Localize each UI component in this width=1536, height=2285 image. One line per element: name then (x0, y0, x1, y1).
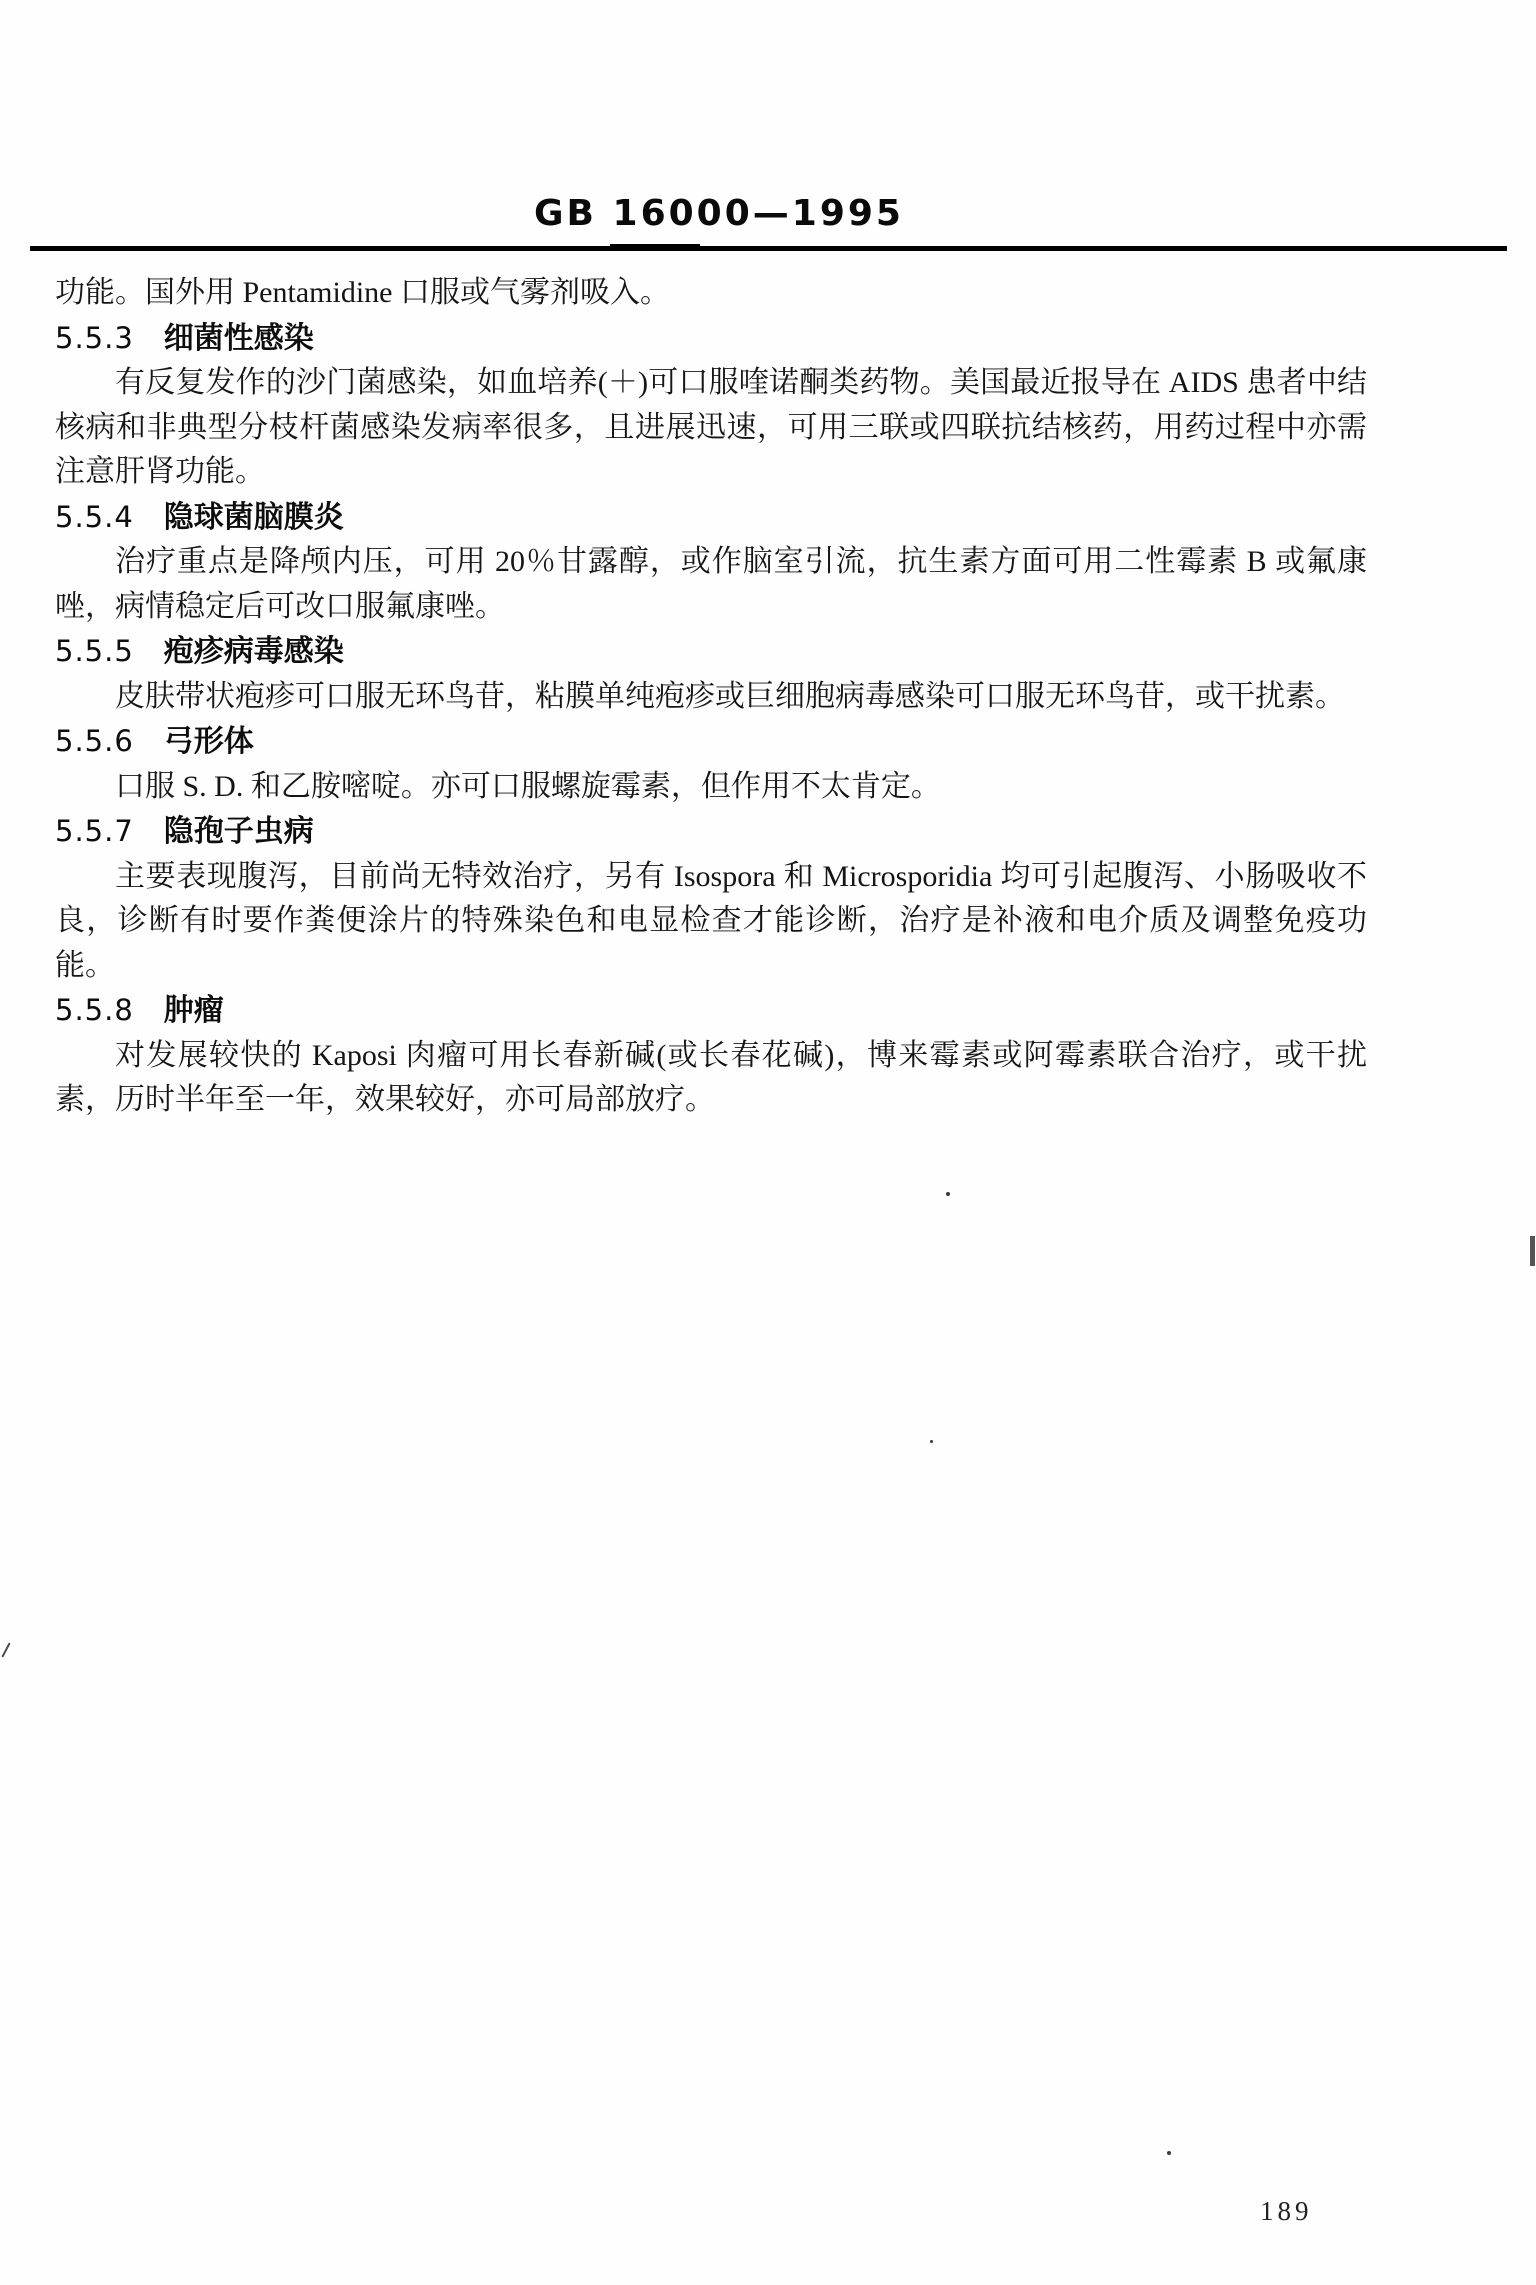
section-heading-5-5-3: 5.5.3 细菌性感染 (55, 316, 1367, 362)
section-heading-5-5-5: 5.5.5 疱疹病毒感染 (55, 629, 1367, 675)
section-title: 隐球菌脑膜炎 (164, 496, 344, 541)
section-title: 疱疹病毒感染 (164, 630, 344, 675)
section-title: 肿瘤 (164, 989, 224, 1034)
document-page: GB 16000—1995 功能。国外用 Pentamidine 口服或气雾剂吸… (0, 0, 1536, 2285)
standard-number-title: GB 16000—1995 (534, 193, 904, 234)
section-number: 5.5.4 (55, 495, 134, 540)
continuation-paragraph: 功能。国外用 Pentamidine 口服或气雾剂吸入。 (55, 271, 1367, 316)
section-heading-5-5-7: 5.5.7 隐孢子虫病 (55, 809, 1367, 855)
section-heading-5-5-6: 5.5.6 弓形体 (55, 719, 1367, 765)
section-number: 5.5.5 (55, 629, 134, 674)
scan-speck (946, 1192, 950, 1196)
section-heading-5-5-8: 5.5.8 肿瘤 (55, 988, 1367, 1034)
section-title: 隐孢子虫病 (164, 810, 314, 855)
page-number: 189 (1260, 2196, 1313, 2227)
scan-speck (930, 1440, 933, 1443)
scan-margin-mark (1, 1642, 10, 1657)
scan-edge-mark (1530, 1236, 1535, 1266)
section-number: 5.5.3 (55, 316, 134, 361)
section-title: 弓形体 (164, 720, 254, 765)
section-body-5-5-4: 治疗重点是降颅内压，可用 20％甘露醇，或作脑室引流，抗生素方面可用二性霉素 B… (55, 540, 1367, 629)
section-heading-5-5-4: 5.5.4 隐球菌脑膜炎 (55, 495, 1367, 541)
section-body-5-5-3: 有反复发作的沙门菌感染，如血培养(＋)可口服喹诺酮类药物。美国最近报导在 AID… (55, 361, 1367, 495)
section-body-5-5-8: 对发展较快的 Kaposi 肉瘤可用长春新碱(或长春花碱)，博来霉素或阿霉素联合… (55, 1034, 1367, 1123)
section-title: 细菌性感染 (164, 317, 314, 362)
scan-speck (1167, 2151, 1171, 2155)
section-body-5-5-5: 皮肤带状疱疹可口服无环鸟苷，粘膜单纯疱疹或巨细胞病毒感染可口服无环鸟苷，或干扰素… (55, 675, 1367, 720)
section-number: 5.5.7 (55, 809, 134, 854)
section-body-5-5-6: 口服 S. D. 和乙胺嘧啶。亦可口服螺旋霉素，但作用不太肯定。 (55, 765, 1367, 810)
section-body-5-5-7: 主要表现腹泻，目前尚无特效治疗，另有 Isospora 和 Microspori… (55, 855, 1367, 989)
section-number: 5.5.8 (55, 988, 134, 1033)
section-number: 5.5.6 (55, 719, 134, 764)
document-body: 功能。国外用 Pentamidine 口服或气雾剂吸入。 5.5.3 细菌性感染… (55, 271, 1367, 1123)
header-divider-rule (30, 246, 1507, 251)
